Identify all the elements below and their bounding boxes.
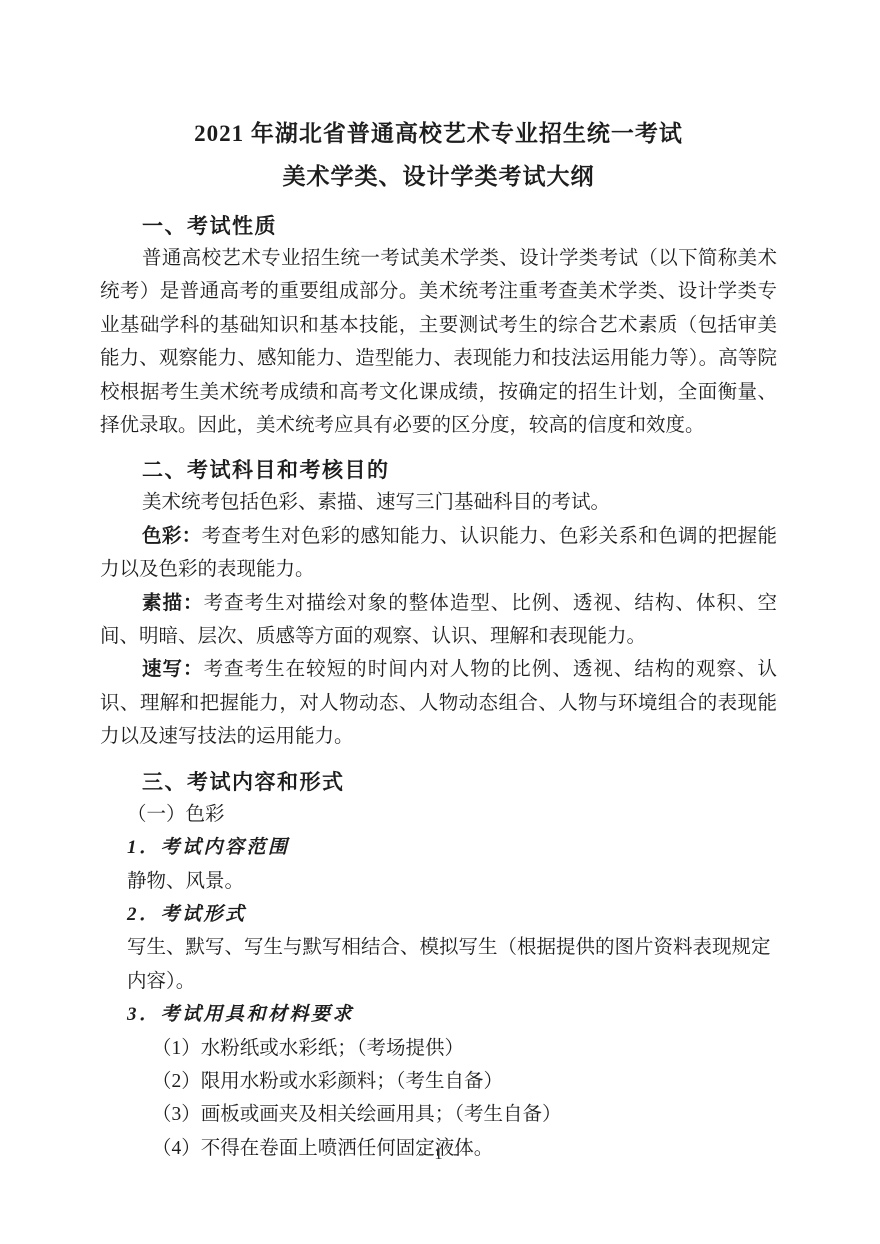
section-content-and-form: 三、考试内容和形式 （一）色彩 1．考试内容范围 静物、风景。 2．考试形式 写… — [100, 768, 777, 1165]
document-title: 2021 年湖北省普通高校艺术专业招生统一考试 美术学类、设计学类考试大纲 — [100, 112, 777, 198]
title-line-2: 美术学类、设计学类考试大纲 — [100, 155, 777, 198]
document-page: 2021 年湖北省普通高校艺术专业招生统一考试 美术学类、设计学类考试大纲 一、… — [0, 0, 880, 1244]
section-2-intro: 美术统考包括色彩、素描、速写三门基础科目的考试。 — [100, 486, 777, 519]
subject-label-sumiao: 素描： — [142, 592, 204, 614]
page-number: - 1 - — [0, 1144, 880, 1164]
title-line-1: 2021 年湖北省普通高校艺术专业招生统一考试 — [100, 112, 777, 155]
numbered-heading-3: 3．考试用具和材料要求 — [127, 998, 777, 1031]
numbered-content-2: 写生、默写、写生与默写相结合、模拟写生（根据提供的图片资料表现规定内容）。 — [127, 931, 777, 998]
numbered-content-1: 静物、风景。 — [127, 865, 777, 898]
subject-label-secai: 色彩： — [142, 525, 202, 547]
material-item-2: （2）限用水粉或水彩颜料；（考生自备） — [152, 1065, 777, 1098]
subject-paragraph-suxie: 速写：考查考生在较短的时间内对人物的比例、透视、结构的观察、认识、理解和把握能力… — [100, 653, 777, 753]
numbered-heading-1: 1．考试内容范围 — [127, 831, 777, 864]
section-exam-subjects: 二、考试科目和考核目的 美术统考包括色彩、素描、速写三门基础科目的考试。 色彩：… — [100, 456, 777, 753]
subject-paragraph-sumiao: 素描：考查考生对描绘对象的整体造型、比例、透视、结构、体积、空间、明暗、层次、质… — [100, 587, 777, 654]
document-header: 2021 年湖北省普通高校艺术专业招生统一考试 美术学类、设计学类考试大纲 — [100, 112, 777, 198]
subject-text-secai: 考查考生对色彩的感知能力、认识能力、色彩关系和色调的把握能力以及色彩的表现能力。 — [100, 526, 777, 580]
section-1-paragraph: 普通高校艺术专业招生统一考试美术学类、设计学类考试（以下简称美术统考）是普通高考… — [100, 242, 777, 442]
subject-label-suxie: 速写： — [142, 658, 204, 680]
section-3-heading: 三、考试内容和形式 — [142, 768, 777, 798]
section-exam-nature: 一、考试性质 普通高校艺术专业招生统一考试美术学类、设计学类考试（以下简称美术统… — [100, 212, 777, 442]
numbered-heading-2: 2．考试形式 — [127, 898, 777, 931]
material-item-3: （3）画板或画夹及相关绘画用具；（考生自备） — [152, 1098, 777, 1131]
subject-paragraph-secai: 色彩：考查考生对色彩的感知能力、认识能力、色彩关系和色调的把握能力以及色彩的表现… — [100, 520, 777, 587]
material-item-1: （1）水粉纸或水彩纸；（考场提供） — [152, 1032, 777, 1065]
section-1-heading: 一、考试性质 — [142, 212, 777, 242]
subsection-heading-secai: （一）色彩 — [127, 798, 777, 831]
section-2-heading: 二、考试科目和考核目的 — [142, 456, 777, 486]
